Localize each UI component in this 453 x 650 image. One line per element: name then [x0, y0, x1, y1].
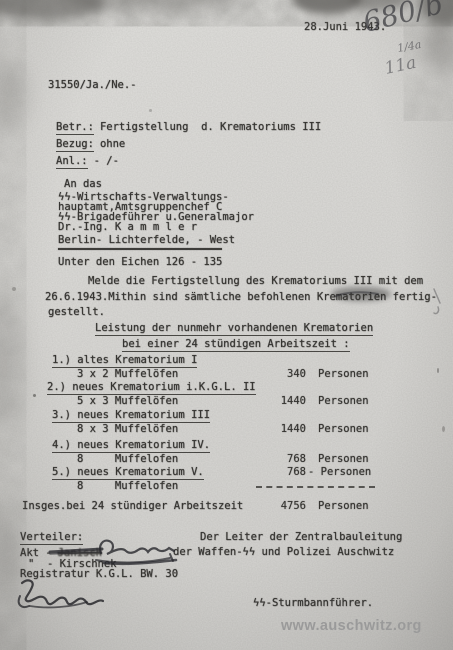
signoff-line: Der Leiter der Zentralbauleitung	[200, 531, 402, 543]
scan-blotch	[292, 0, 362, 14]
total-unit: Personen	[318, 500, 369, 512]
handwritten-name	[100, 541, 174, 554]
handwritten-signature	[22, 580, 103, 604]
subject-anl-line: Anl.:- /-	[56, 155, 119, 167]
row-unit: Personen	[318, 453, 369, 465]
table-row-heading: 2.) neues Krematorium i.K.G.L. II	[47, 381, 256, 393]
row-unit: Personen	[318, 395, 369, 407]
table-row-numbers: 768Personen	[0, 453, 453, 467]
table-row-heading: 3.) neues Krematorium III	[52, 409, 210, 421]
scan-blotch	[0, 290, 22, 430]
watermark: www.auschwitz.org	[281, 618, 422, 634]
table-row-heading: 1.) altes Krematorium I	[52, 354, 197, 366]
handwritten-small-note: 1/4a	[396, 38, 422, 55]
table-row-numbers: 1440Personen	[0, 395, 453, 409]
handwritten-lower-note: 11a	[383, 53, 418, 79]
recipient-street: Unter den Eichen 126 - 135	[58, 256, 222, 268]
table-row-numbers: 340Personen	[0, 368, 453, 382]
signoff-rank: ϟϟ-Sturmbannführer.	[253, 597, 373, 609]
reference-number: 31550/Ja./Ne.-	[48, 79, 137, 91]
signoff-line: der Waffen-ϟϟ und Polizei Auschwitz	[173, 546, 394, 558]
table-row-heading: 4.) neues Krematorium IV.	[52, 439, 210, 451]
row-value: 1440	[230, 395, 306, 407]
scan-speck	[12, 287, 16, 291]
body-line: gestellt.	[48, 306, 105, 318]
total-value: 4756	[230, 500, 306, 512]
row-unit: Personen	[318, 423, 369, 435]
handwritten-signature-underline	[30, 602, 87, 607]
table-row-numbers: 1440Personen	[0, 423, 453, 437]
table-title: Leistung der nunmehr vorhandenen Kremato…	[95, 322, 373, 334]
scan-blotch	[0, 60, 28, 130]
scanned-document-page: 28.Juni 1943. 31550/Ja./Ne.- Betr.:Ferti…	[0, 0, 453, 650]
document-date: 28.Juni 1943.	[304, 21, 386, 33]
body-line: Melde die Fertigstellung des Krematorium…	[88, 275, 423, 287]
row-unit: - Personen	[308, 466, 371, 478]
subject-bezug-line: Bezug:ohne	[56, 138, 125, 150]
scan-blotch	[70, 0, 240, 12]
table-row-numbers: 768- Personen	[0, 466, 453, 480]
row-unit: Personen	[318, 368, 369, 380]
table-total-numbers: 4756Personen	[0, 500, 453, 514]
body-line: 26.6.1943.Mithin sind sämtliche befohlen…	[45, 291, 437, 303]
row-value: 340	[230, 368, 306, 380]
table-row-detail: 8 Muffelofen	[77, 480, 178, 492]
subject-betr-line: Betr.:Fertigstellung d. Krematoriums III	[56, 121, 321, 133]
distribution-line: Registratur K.G.L. BW. 30	[20, 568, 178, 580]
betr-value: Fertigstellung d. Krematoriums III	[100, 121, 321, 133]
bezug-value: ohne	[100, 138, 125, 150]
address-rule	[58, 248, 222, 250]
scan-blotch	[420, 0, 453, 24]
table-sum-rule	[256, 486, 375, 488]
scan-blotch	[424, 18, 453, 68]
anl-label: Anl.:	[56, 155, 88, 169]
scan-blotch	[350, 0, 410, 10]
row-value: 1440	[230, 423, 306, 435]
distribution-heading: Verteiler:	[20, 531, 83, 543]
bezug-label: Bezug:	[56, 138, 94, 152]
handwritten-signature-tail	[19, 596, 29, 607]
betr-label: Betr.:	[56, 121, 94, 135]
recipient-intro: An das	[64, 178, 102, 190]
recipient-line: Dr.-Ing. K a m m l e r	[58, 221, 197, 233]
scan-blotch	[0, 0, 105, 20]
recipient-city: Berlin- Lichterfelde, - West	[58, 234, 235, 246]
table-subtitle: bei einer 24 stündigen Arbeitszeit :	[122, 338, 350, 350]
anl-value: - /-	[94, 155, 119, 167]
row-value: 768	[230, 466, 306, 478]
row-value: 768	[230, 453, 306, 465]
scan-speck	[149, 109, 152, 112]
